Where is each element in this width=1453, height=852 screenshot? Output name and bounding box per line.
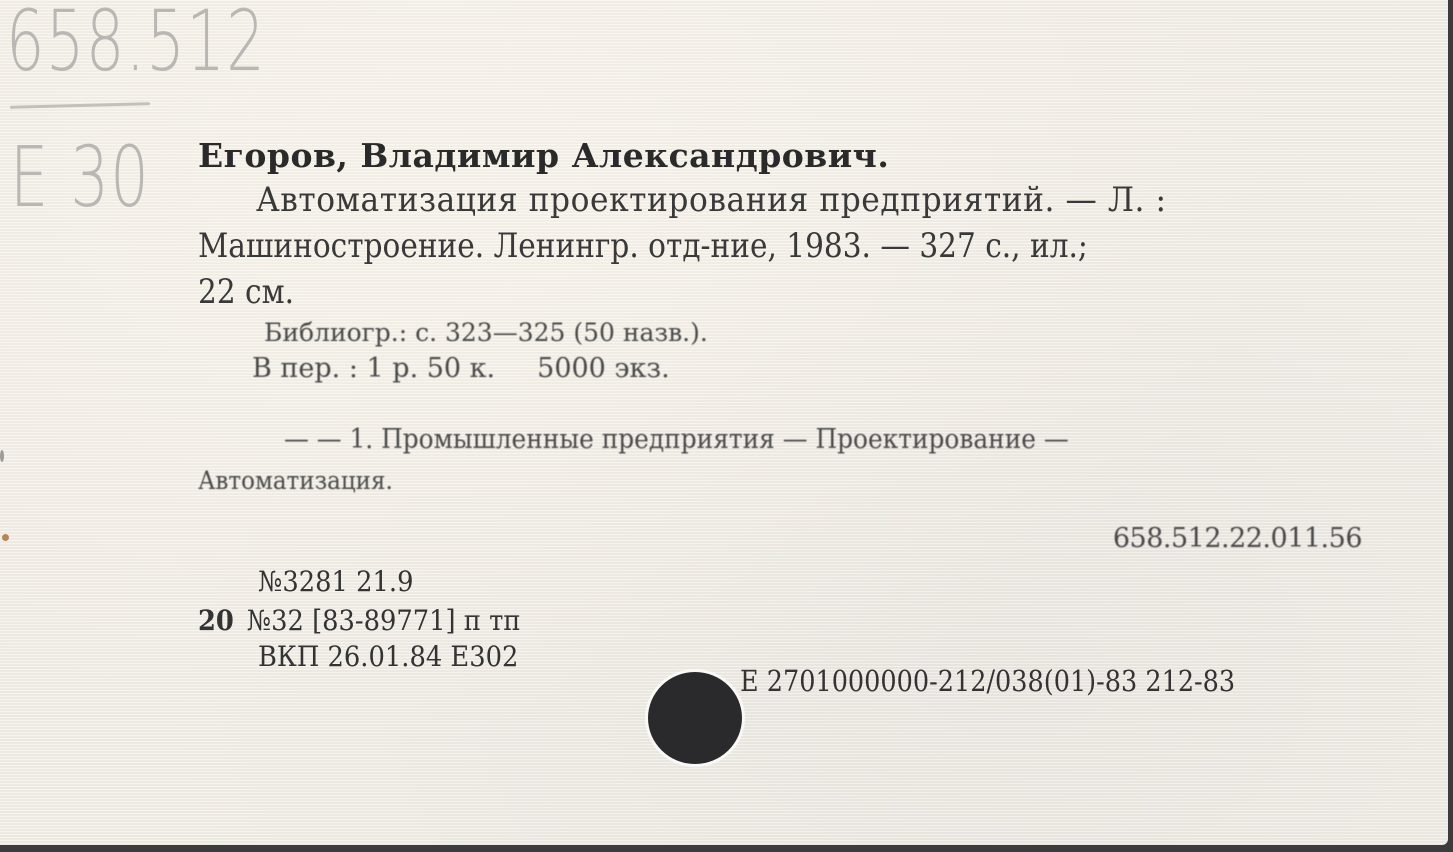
scan-background-right (1448, 0, 1453, 852)
udc-index: 658.512.22.011.56 (1113, 523, 1362, 554)
technical-line-1: №3281 21.9 (258, 565, 413, 598)
print-run: 5000 экз. (537, 353, 670, 384)
publication-statement: Машиностроение. Ленингр. отд-ние, 1983. … (198, 226, 1088, 266)
handwritten-author-mark: Е 30 (10, 128, 150, 226)
punch-hole (648, 672, 742, 764)
edge-mark (0, 450, 4, 462)
technical-line-3: ВКП 26.01.84 Е302 (258, 640, 518, 673)
handwritten-divider (10, 102, 150, 109)
technical-line-2-text: №32 [83-89771] п тп (247, 604, 521, 637)
scan-background-bottom (0, 845, 1453, 852)
author-heading: Егоров, Владимир Александрович. (198, 136, 889, 175)
stain-mark (2, 534, 9, 541)
handwritten-class-number: 658.512 (6, 0, 266, 90)
technical-line-2: 20№32 [83-89771] п тп (198, 604, 521, 637)
publisher-code: Е 2701000000-212/038(01)-83 212-83 (740, 664, 1235, 698)
catalog-card: 658.512 Е 30 Егоров, Владимир Александро… (0, 0, 1448, 845)
subject-tracing: — — 1. Промышленные предприятия — Проект… (284, 424, 1069, 455)
bibliography-note: Библиогр.: с. 323—325 (50 назв.). (264, 318, 708, 347)
title-statement: Автоматизация проектирования предприятий… (256, 180, 1167, 220)
physical-size: 22 см. (198, 272, 294, 312)
technical-line-2-prefix: 20 (198, 604, 234, 637)
subject-tracing-continued: Автоматизация. (198, 466, 393, 495)
price-and-print-run: В пер. : 1 р. 50 к.5000 экз. (252, 353, 670, 384)
binding-price: В пер. : 1 р. 50 к. (252, 353, 495, 384)
